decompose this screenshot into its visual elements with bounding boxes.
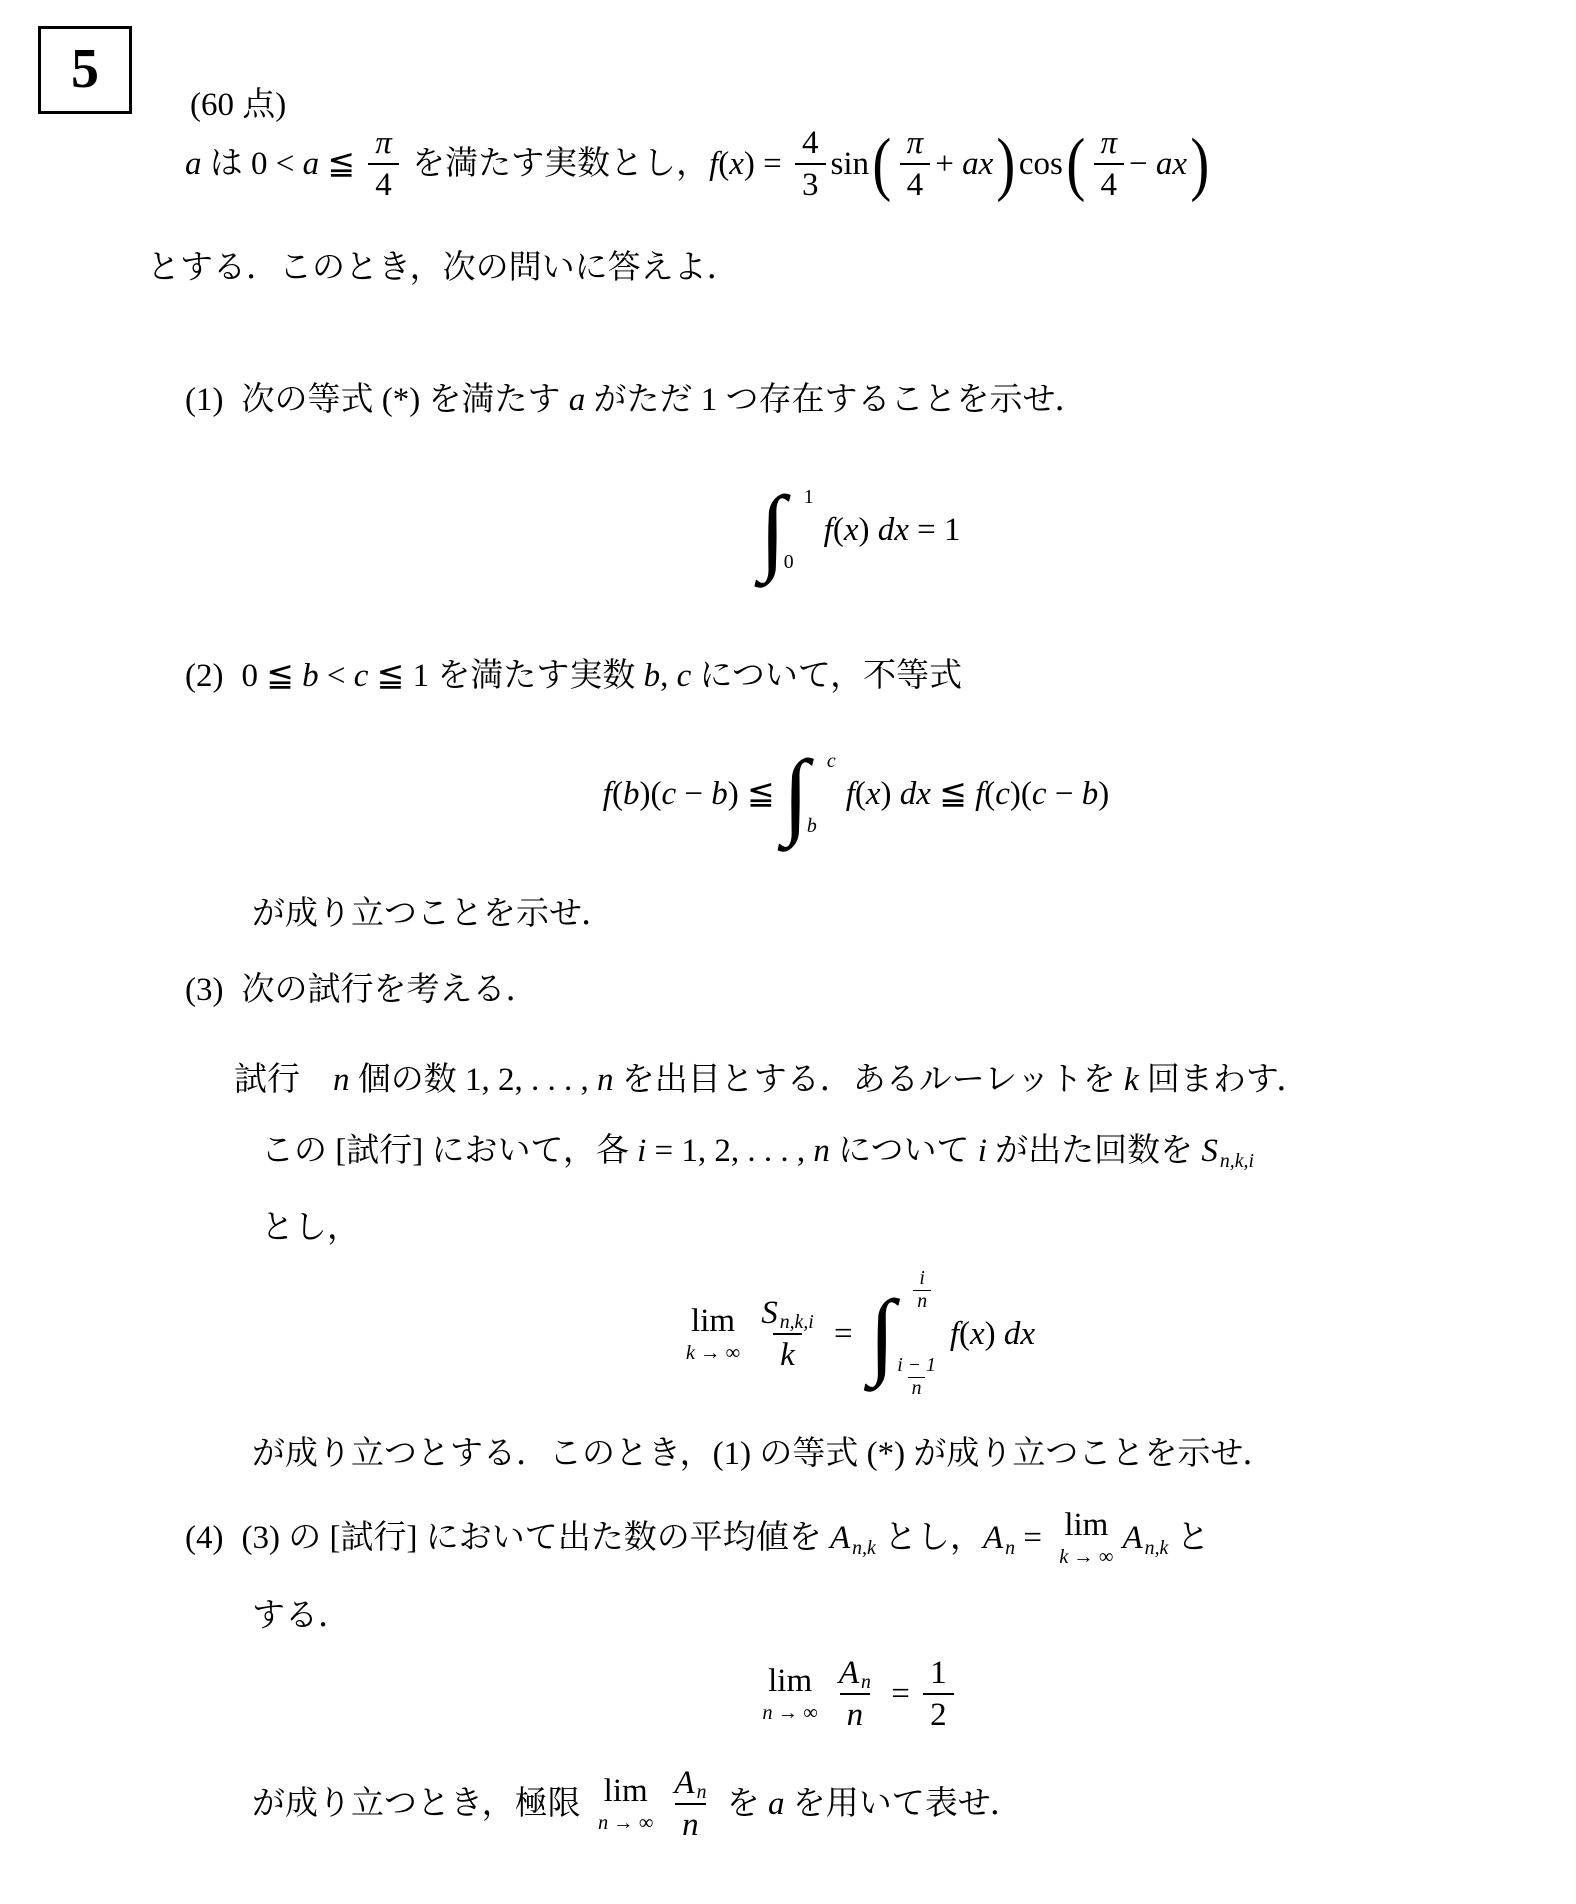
math-italic: f: [824, 508, 833, 553]
math-italic: n: [682, 1807, 699, 1843]
math-italic: f: [603, 772, 612, 817]
math-roman: 4: [375, 167, 392, 203]
problem-number: 5: [71, 32, 99, 108]
math-roman: −: [1047, 772, 1082, 817]
text-run: が成り立つとき，極限: [252, 1782, 589, 1827]
math-italic: i: [637, 1129, 646, 1174]
intro-line-1: a は 0 < a ≦ π4 を満たす実数とし，f(x) = 43sin(π4+…: [185, 110, 1213, 218]
math-roman: 2: [930, 1697, 947, 1733]
question-4-closing: が成り立つとき，極限 limn → ∞Ann を a を用いて表せ．: [252, 1756, 1023, 1852]
big-paren-right-icon: ): [1190, 129, 1209, 200]
math-italic: f: [846, 772, 855, 817]
math-roman: cos: [1019, 142, 1063, 187]
integral-sign: ∫10: [759, 484, 813, 576]
item-label: (3): [185, 968, 223, 1013]
math-roman: 1, 2, . . . ,: [465, 1058, 597, 1103]
math-roman: =: [1015, 1516, 1050, 1561]
subscript: n: [697, 1782, 707, 1804]
text-run: は: [202, 142, 252, 187]
suru-line: する．: [252, 1592, 351, 1640]
trial-description-line: 試行 n 個の数 1, 2, . . . , n を出目とする．あるルーレットを…: [234, 1054, 1309, 1106]
math-italic: x: [729, 142, 744, 187]
text-run: が成り立つとする．このとき，(1) の等式 (*) が成り立つことを示せ．: [252, 1432, 1275, 1477]
math-roman: (: [833, 508, 844, 553]
math-italic: f: [975, 772, 984, 817]
math-italic: S: [761, 1295, 778, 1331]
math-roman: <: [319, 654, 354, 699]
math-roman: → ∞: [773, 1703, 818, 1723]
limit-operator: limk → ∞: [1059, 1509, 1113, 1567]
math-italic: b: [807, 813, 817, 840]
math-roman: ): [858, 508, 877, 553]
item-label: (2): [185, 654, 223, 699]
subscript: n,k: [1145, 1535, 1169, 1562]
math-roman: (: [612, 772, 623, 817]
math-italic: c: [677, 654, 692, 699]
text-run: について: [830, 1129, 978, 1174]
math-roman: 1: [930, 1655, 947, 1691]
math-italic: n: [598, 1813, 608, 1833]
math-italic: b: [1082, 772, 1099, 817]
text-run: を出目とする．あるルーレットを: [614, 1058, 1125, 1103]
math-italic: n: [917, 1291, 927, 1313]
math-italic: a: [185, 142, 202, 187]
math-roman: (: [718, 142, 729, 187]
math-roman: → ∞: [608, 1813, 653, 1833]
fraction: 12: [923, 1653, 954, 1736]
limit-operator: limk → ∞: [686, 1305, 740, 1363]
math-italic: dx: [1004, 1312, 1035, 1357]
math-roman: ≦: [931, 772, 975, 817]
math-italic: A: [1123, 1516, 1143, 1561]
math-roman: → ∞: [1068, 1547, 1113, 1567]
formula-limit-integral: limk → ∞Sn,k,ik = ∫ini − 1nf(x) dx: [252, 1248, 1460, 1420]
math-italic: i: [919, 1268, 925, 1290]
text-run: を: [718, 1782, 768, 1827]
math-roman: 1: [804, 484, 814, 511]
math-italic: b: [623, 772, 640, 817]
math-roman: 4: [802, 125, 819, 161]
math-roman: 0 ≦: [241, 654, 302, 699]
formula-average-limit: limn → ∞Ann = 12: [252, 1634, 1460, 1754]
text-run: を満たす実数: [429, 654, 644, 699]
math-roman: ) =: [744, 142, 790, 187]
math-roman: ≦: [319, 142, 363, 187]
math-italic: b: [302, 654, 319, 699]
fraction: Sn,k,ik: [754, 1293, 821, 1376]
integral-sign: ∫ini − 1n: [869, 1268, 940, 1400]
intro-line-2: とする．このとき，次の問いに答えよ．: [147, 246, 740, 290]
math-italic: n: [847, 1697, 864, 1733]
math-roman: ): [881, 772, 900, 817]
big-paren-right-icon: ): [997, 129, 1016, 200]
math-roman: −: [676, 772, 711, 817]
math-italic: A: [830, 1516, 850, 1561]
fraction: 43: [795, 123, 826, 206]
question-4-line: (4)(3) の [試行] において出た数の平均値を An,k とし，An = …: [185, 1490, 1210, 1586]
math-italic: ax: [1156, 142, 1187, 187]
math-roman: 4: [1101, 167, 1118, 203]
text-run: と: [1168, 1516, 1209, 1561]
math-italic: n: [762, 1703, 772, 1723]
math-roman: = 1, 2, . . . ,: [646, 1129, 813, 1174]
big-paren-left-icon: (: [1066, 129, 1085, 200]
fraction: π4: [1093, 123, 1124, 206]
math-roman: 0: [784, 549, 794, 576]
math-italic: c: [661, 772, 676, 817]
math-italic: k: [780, 1337, 795, 1373]
math-roman: (: [984, 772, 995, 817]
math-italic: a: [768, 1782, 785, 1827]
math-italic: a: [569, 378, 586, 423]
math-italic: π: [907, 125, 924, 161]
formula-inequality: f(b)(c − b) ≦∫cbf(x) dx ≦ f(c)(c − b): [252, 718, 1460, 870]
math-italic: π: [375, 125, 392, 161]
math-italic: i: [978, 1129, 987, 1174]
text-run: がただ 1 つ存在することを示せ．: [585, 378, 1087, 423]
math-roman: ): [1098, 772, 1109, 817]
math-roman: (: [855, 772, 866, 817]
math-italic: n: [333, 1058, 350, 1103]
math-italic: c: [827, 748, 836, 775]
math-italic: c: [1032, 772, 1047, 817]
toshi-line: とし，: [261, 1204, 360, 1252]
math-roman: =: [826, 1312, 861, 1357]
math-roman: =: [883, 1672, 918, 1717]
text-run: 次の試行を考える．: [241, 968, 538, 1013]
formula-star-integral: ∫10f(x) dx = 1: [252, 458, 1460, 602]
math-italic: A: [839, 1655, 859, 1691]
limit-operator: limn → ∞: [598, 1775, 653, 1833]
math-italic: b: [644, 654, 661, 699]
math-roman: 4: [907, 167, 924, 203]
question-2-closing: が成り立つことを示せ．: [252, 890, 614, 938]
math-roman: )(: [1010, 772, 1032, 817]
item-label: (1): [185, 378, 223, 423]
math-italic: f: [709, 142, 718, 187]
fraction: i − 1n: [893, 1355, 940, 1400]
math-roman: )(: [639, 772, 661, 817]
item-label: (4): [185, 1516, 223, 1561]
text-run: とする．このとき，次の問いに答えよ．: [147, 246, 740, 291]
text-run: について，不等式: [691, 654, 962, 699]
text-run: 次の等式 (*) を満たす: [241, 378, 568, 423]
math-roman: sin: [831, 142, 870, 187]
fraction: π4: [900, 123, 931, 206]
text-run: が出た回数を: [987, 1129, 1202, 1174]
question-3-closing: が成り立つとする．このとき，(1) の等式 (*) が成り立つことを示せ．: [252, 1428, 1275, 1480]
math-italic: n: [912, 1378, 922, 1400]
integral-sign: ∫cb: [783, 748, 836, 840]
subscript: n,k: [852, 1535, 876, 1562]
math-italic: dx: [878, 508, 909, 553]
text-run: とし，: [876, 1516, 983, 1561]
math-roman: ) ≦: [728, 772, 775, 817]
math-roman: ≦ 1: [368, 654, 429, 699]
exam-page: 5 (60 点) a は 0 < a ≦ π4 を満たす実数とし，f(x) = …: [0, 0, 1576, 1904]
limit-operator: limn → ∞: [762, 1665, 817, 1723]
question-3-line: (3)次の試行を考える．: [185, 964, 538, 1016]
fraction: Ann: [832, 1653, 878, 1736]
text-run: この [試行] において，各: [261, 1129, 637, 1174]
math-italic: x: [970, 1312, 985, 1357]
text-run: が成り立つことを示せ．: [252, 892, 614, 937]
math-italic: S: [1201, 1129, 1218, 1174]
math-italic: a: [303, 142, 320, 187]
math-roman: 3: [802, 167, 819, 203]
math-italic: k: [1124, 1058, 1139, 1103]
subscript: n,k,i: [780, 1312, 814, 1334]
text-run: 試行: [234, 1058, 333, 1103]
math-italic: c: [995, 772, 1010, 817]
text-run: する．: [252, 1594, 351, 1639]
text-run: 個の数: [350, 1058, 466, 1103]
big-paren-left-icon: (: [872, 129, 891, 200]
math-italic: n: [597, 1058, 614, 1103]
math-roman: = 1: [909, 508, 961, 553]
math-roman: ): [985, 1312, 1004, 1357]
count-description-line: この [試行] において，各 i = 1, 2, . . . , n について …: [261, 1122, 1254, 1180]
math-roman: −: [1129, 142, 1156, 187]
fraction: in: [913, 1268, 931, 1313]
math-italic: k: [1059, 1547, 1068, 1567]
math-roman: ,: [660, 654, 677, 699]
math-roman: 0 <: [251, 142, 303, 187]
subscript: n: [1005, 1535, 1015, 1562]
math-italic: x: [844, 508, 859, 553]
subscript: n: [861, 1672, 871, 1694]
question-2-line: (2)0 ≦ b < c ≦ 1 を満たす実数 b, c について，不等式: [185, 644, 962, 708]
math-italic: π: [1100, 125, 1117, 161]
text-run: を満たす実数とし，: [404, 142, 709, 187]
math-italic: f: [950, 1312, 959, 1357]
fraction: Ann: [667, 1763, 713, 1846]
math-roman: +: [935, 142, 962, 187]
math-italic: c: [354, 654, 369, 699]
text-run: 回まわす．: [1139, 1058, 1310, 1103]
fraction: π4: [368, 123, 399, 206]
math-roman: → ∞: [695, 1343, 740, 1363]
math-italic: n: [813, 1129, 830, 1174]
question-1-line: (1)次の等式 (*) を満たす a がただ 1 つ存在することを示せ．: [185, 374, 1087, 426]
problem-number-box: 5: [38, 26, 132, 114]
subscript: n,k,i: [1220, 1148, 1254, 1175]
math-roman: (: [959, 1312, 970, 1357]
math-italic: b: [711, 772, 728, 817]
math-italic: dx: [900, 772, 931, 817]
text-run: (3) の [試行] において出た数の平均値を: [241, 1516, 829, 1561]
math-italic: k: [686, 1343, 695, 1363]
math-italic: ax: [962, 142, 993, 187]
math-italic: A: [983, 1516, 1003, 1561]
text-run: を用いて表せ．: [784, 1782, 1022, 1827]
text-run: とし，: [261, 1206, 360, 1251]
math-italic: A: [674, 1765, 694, 1801]
math-italic: x: [866, 772, 881, 817]
math-italic: i − 1: [897, 1355, 936, 1377]
